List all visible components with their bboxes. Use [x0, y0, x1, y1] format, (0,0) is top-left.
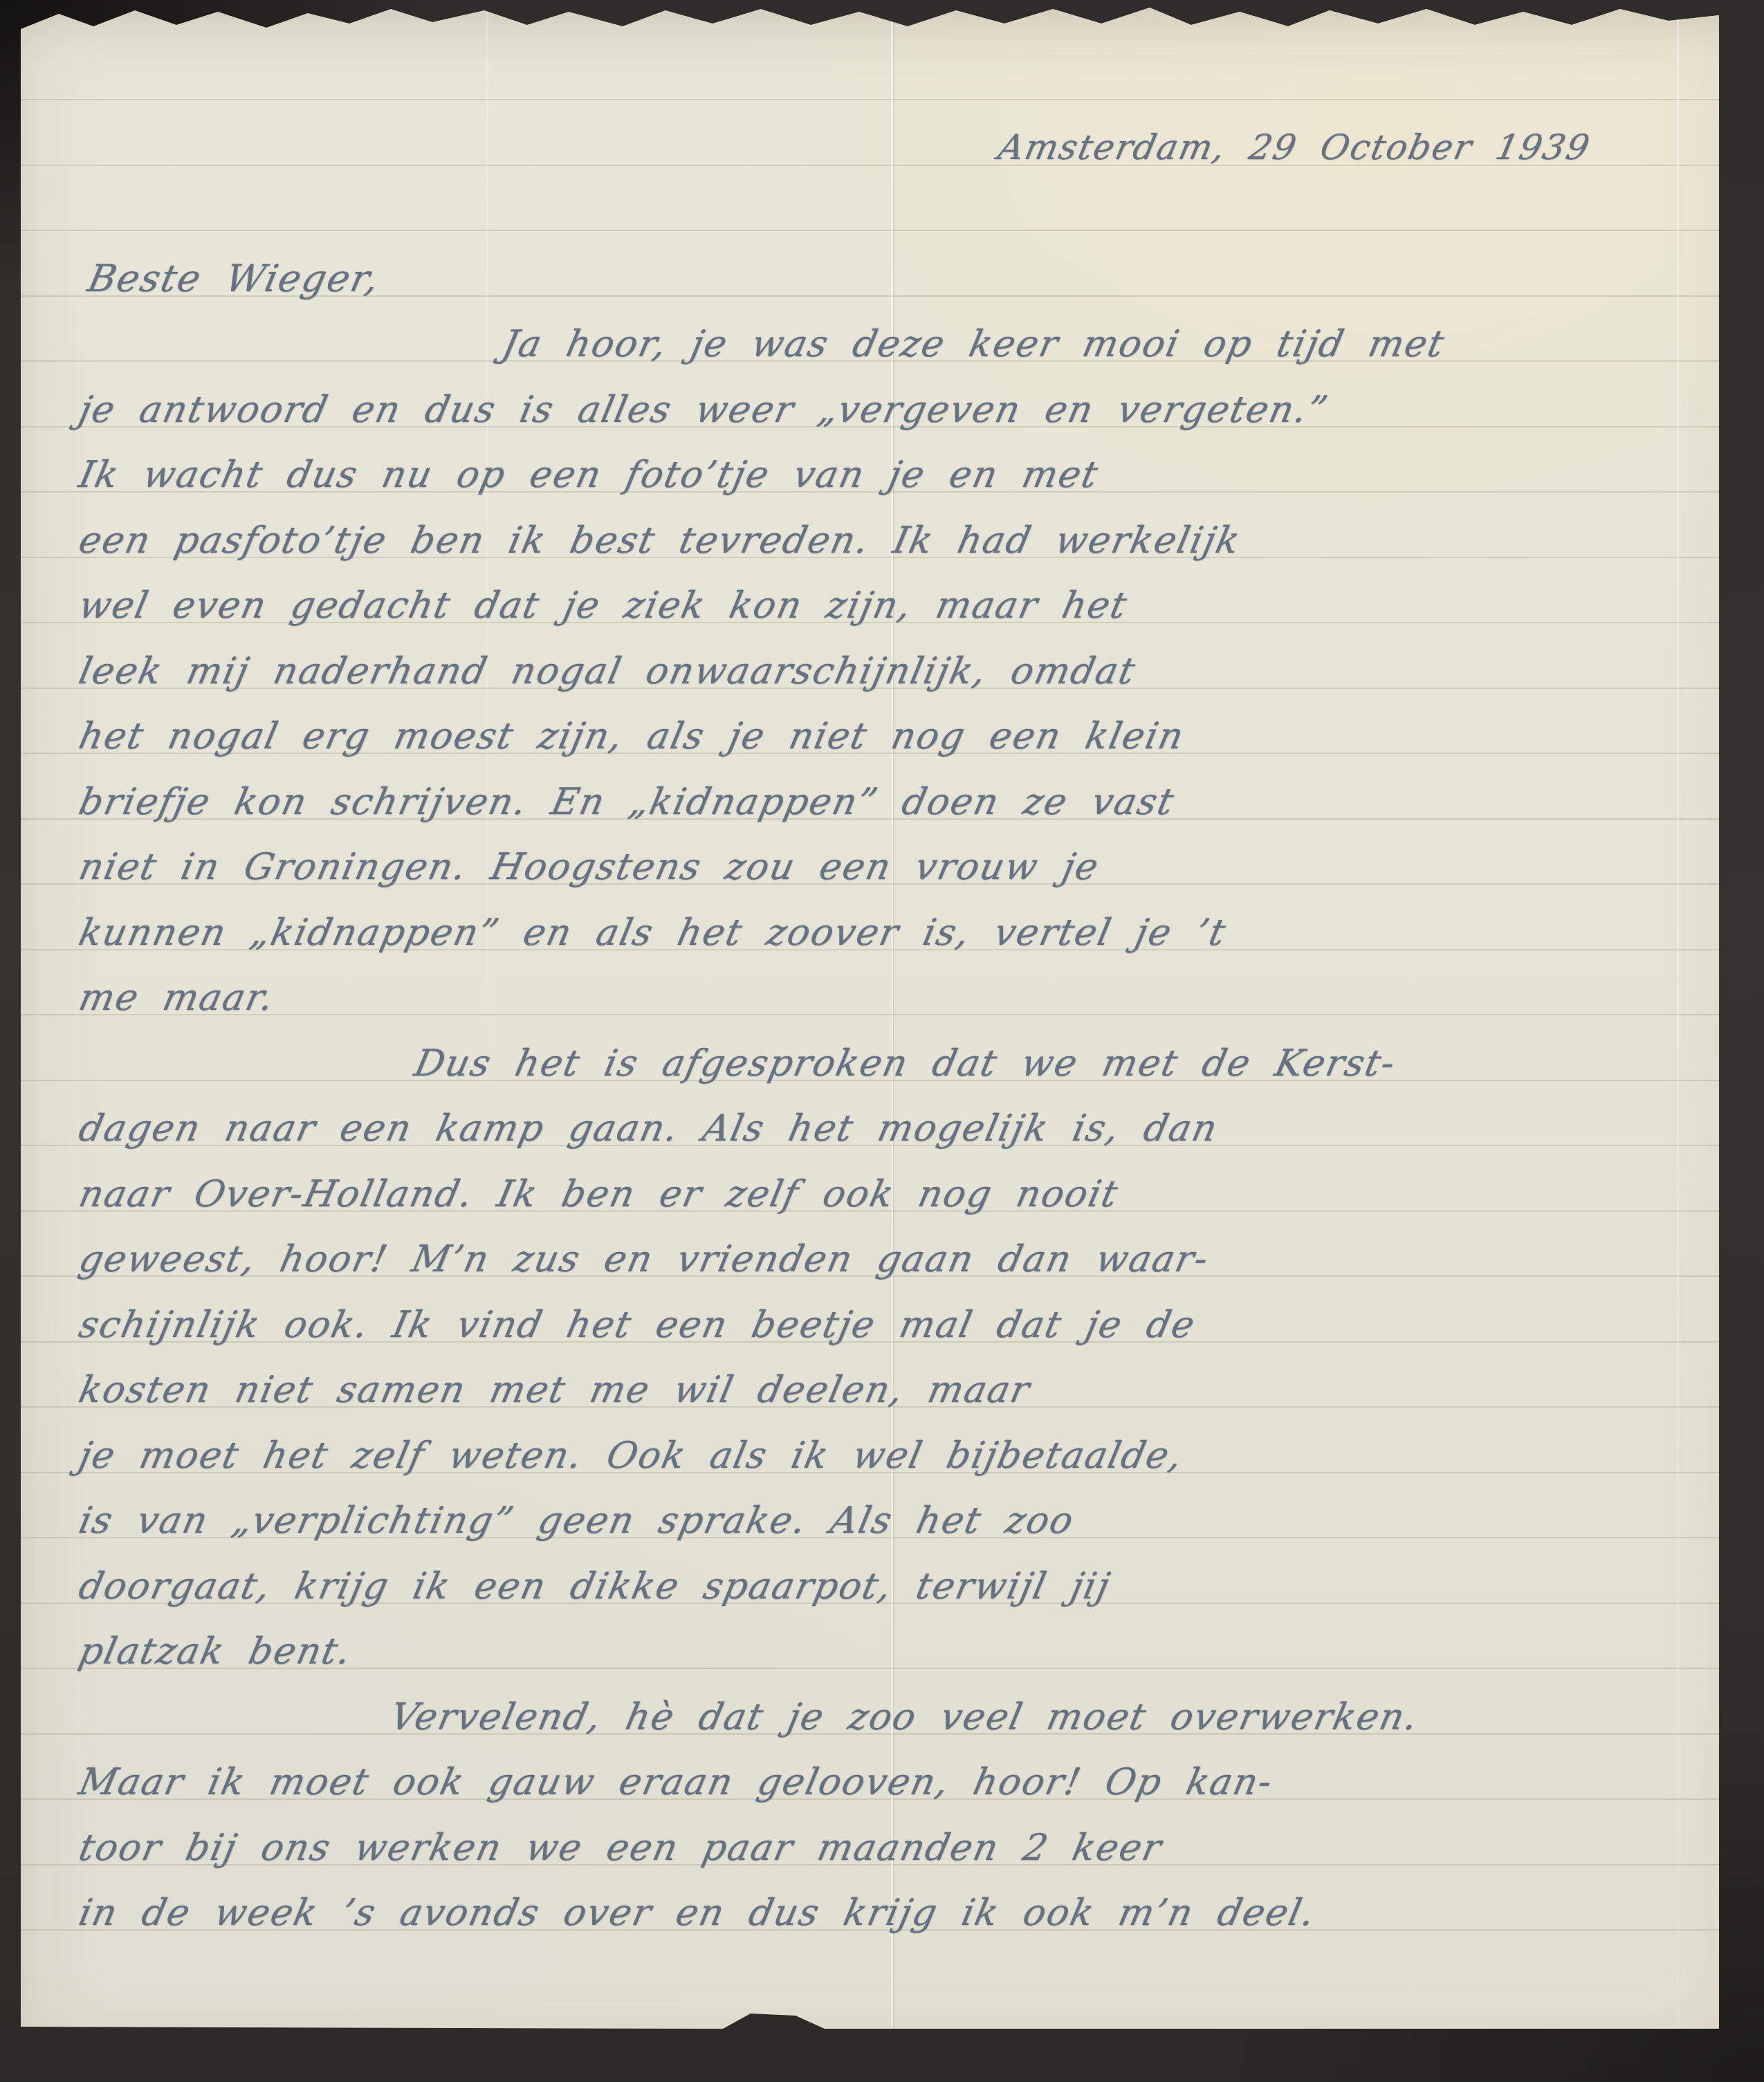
- letter-line: naar Over-Holland. Ik ben er zelf ook no…: [73, 1161, 1601, 1227]
- letter-line: is van „verplichting” geen sprake. Als h…: [73, 1488, 1601, 1554]
- letter-line-text: leek mij naderhand nogal onwaarschijnlij…: [73, 638, 1142, 704]
- letter-line: je moet het zelf weten. Ook als ik wel b…: [73, 1423, 1601, 1489]
- letter-line: Ik wacht dus nu op een foto’tje van je e…: [73, 442, 1601, 508]
- letter-line-text: is van „verplichting” geen sprake. Als h…: [73, 1488, 1081, 1554]
- photo-background: Amsterdam, 29 October 1939 Beste Wieger,…: [0, 0, 1764, 2082]
- letter-line-text: kosten niet samen met me wil deelen, maa…: [73, 1357, 1037, 1423]
- letter-line-text: in de week ’s avonds over en dus krijg i…: [73, 1880, 1322, 1946]
- letter-line-text: wel even gedacht dat je ziek kon zijn, m…: [73, 573, 1134, 638]
- letter-paper: Amsterdam, 29 October 1939 Beste Wieger,…: [0, 0, 1764, 2082]
- letter-line-text: niet in Groningen. Hoogstens zou een vro…: [73, 834, 1106, 900]
- salutation: Beste Wieger,: [82, 246, 373, 311]
- salutation-text: Beste Wieger,: [82, 246, 387, 311]
- letter-line: briefje kon schrijven. En „kidnappen” do…: [73, 769, 1601, 835]
- letter-line-text: een pasfoto’tje ben ik best tevreden. Ik…: [73, 508, 1247, 573]
- letter-line: het nogal erg moest zijn, als je niet no…: [73, 703, 1601, 769]
- ruled-line: [21, 99, 1719, 100]
- letter-line: platzak bent.: [73, 1619, 1601, 1684]
- letter-line: Ja hoor, je was deze keer mooi op tijd m…: [73, 311, 1601, 377]
- letter-line-text: het nogal erg moest zijn, als je niet no…: [73, 703, 1191, 769]
- letter-line: in de week ’s avonds over en dus krijg i…: [73, 1880, 1601, 1946]
- letter-line-text: Vervelend, hè dat je zoo veel moet overw…: [384, 1684, 1425, 1750]
- letter-line: doorgaat, krijg ik een dikke spaarpot, t…: [73, 1554, 1601, 1619]
- letter-line: kosten niet samen met me wil deelen, maa…: [73, 1357, 1601, 1423]
- letter-line-text: doorgaat, krijg ik een dikke spaarpot, t…: [73, 1554, 1117, 1619]
- letter-line: je antwoord en dus is alles weer „vergev…: [73, 377, 1601, 443]
- letter-line: me maar.: [73, 965, 1601, 1031]
- letter-line: Vervelend, hè dat je zoo veel moet overw…: [73, 1684, 1601, 1750]
- letter-line: wel even gedacht dat je ziek kon zijn, m…: [73, 573, 1601, 638]
- letter-line: geweest, hoor! M’n zus en vrienden gaan …: [73, 1226, 1601, 1292]
- letter-line-text: schijnlijk ook. Ik vind het een beetje m…: [73, 1292, 1202, 1358]
- letter-line-text: je moet het zelf weten. Ook als ik wel b…: [73, 1423, 1190, 1489]
- letter-line-text: Maar ik moet ook gauw eraan gelooven, ho…: [73, 1749, 1280, 1815]
- letter-line-text: Dus het is afgesproken dat we met de Ker…: [408, 1031, 1402, 1096]
- letter-line: dagen naar een kamp gaan. Als het mogeli…: [73, 1096, 1601, 1161]
- letter-line: schijnlijk ook. Ik vind het een beetje m…: [73, 1292, 1601, 1358]
- letter-line: Dus het is afgesproken dat we met de Ker…: [73, 1031, 1601, 1096]
- letter-line-text: Ja hoor, je was deze keer mooi op tijd m…: [496, 311, 1451, 377]
- letter-line: niet in Groningen. Hoogstens zou een vro…: [73, 834, 1601, 900]
- letter-line: toor bij ons werken we een paar maanden …: [73, 1815, 1601, 1881]
- letter-line-text: platzak bent.: [73, 1619, 358, 1684]
- letter-line: leek mij naderhand nogal onwaarschijnlij…: [73, 638, 1601, 704]
- letter-line-text: je antwoord en dus is alles weer „vergev…: [73, 377, 1335, 443]
- letter-line: een pasfoto’tje ben ik best tevreden. Ik…: [73, 508, 1601, 573]
- dateline: Amsterdam, 29 October 1939: [992, 115, 1583, 181]
- letter-line-text: me maar.: [73, 965, 281, 1031]
- letter-line: Maar ik moet ook gauw eraan gelooven, ho…: [73, 1749, 1601, 1815]
- letter-line-text: briefje kon schrijven. En „kidnappen” do…: [73, 769, 1181, 835]
- ruled-line: [21, 230, 1719, 231]
- letter-line-text: dagen naar een kamp gaan. Als het mogeli…: [73, 1096, 1224, 1161]
- letter-line: kunnen „kidnappen” en als het zoover is,…: [73, 900, 1601, 966]
- letter-line-text: kunnen „kidnappen” en als het zoover is,…: [73, 900, 1233, 966]
- letter-line-text: naar Over-Holland. Ik ben er zelf ook no…: [73, 1161, 1125, 1227]
- letter-line-text: Ik wacht dus nu op een foto’tje van je e…: [73, 442, 1105, 508]
- dateline-text: Amsterdam, 29 October 1939: [992, 115, 1597, 181]
- letter-line-text: geweest, hoor! M’n zus en vrienden gaan …: [73, 1226, 1215, 1292]
- letter-line-text: toor bij ons werken we een paar maanden …: [73, 1815, 1168, 1881]
